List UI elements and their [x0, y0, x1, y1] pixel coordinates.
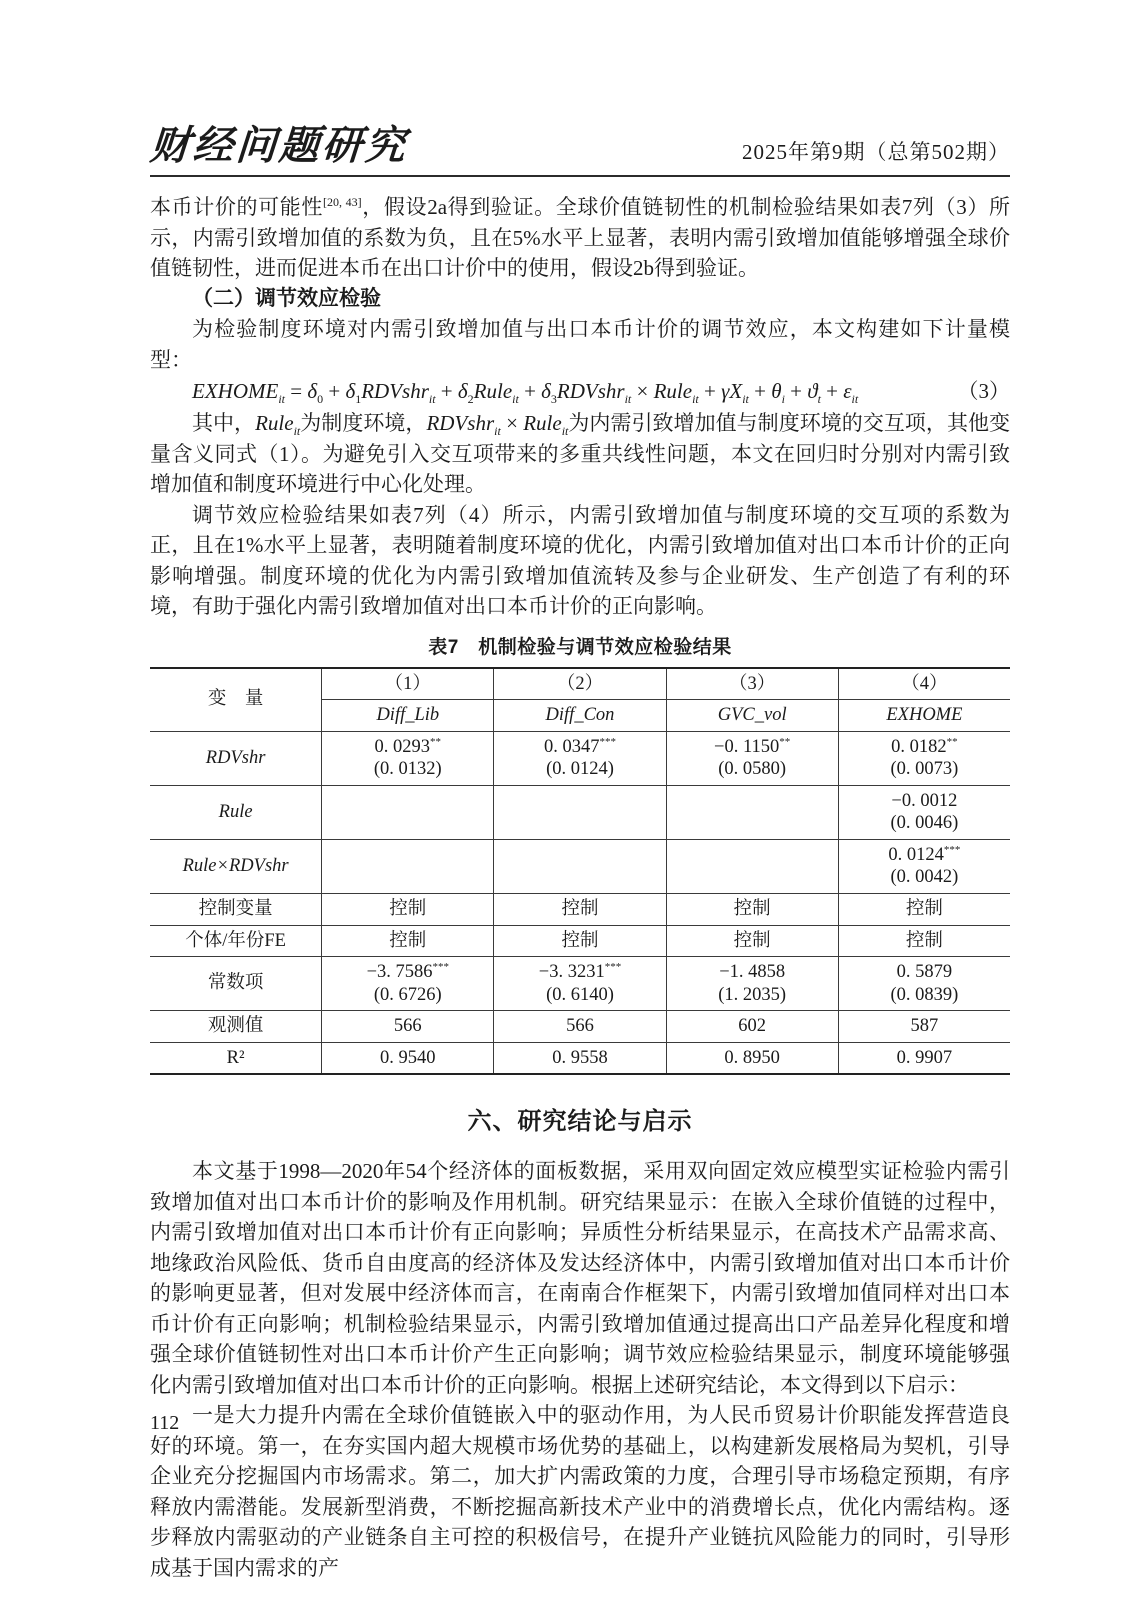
table-cell: 控制 [494, 894, 666, 926]
text-segment: it [278, 392, 285, 406]
significance-stars: ** [779, 735, 790, 747]
table-cell: 0. 0182**(0. 0073) [838, 731, 1010, 785]
paragraph-continuation: 本币计价的可能性[20, 43]，假设2a得到验证。全球价值链韧性的机制检验结果… [150, 192, 1010, 284]
row-label: 观测值 [150, 1011, 322, 1043]
text-segment: + [699, 379, 721, 403]
column-header: （4） [838, 668, 1010, 700]
equation: EXHOMEit = δ0 + δ1RDVshrit + δ2Ruleit + … [150, 375, 1010, 408]
table-cell: 0. 9540 [322, 1042, 494, 1074]
table-cell: 566 [494, 1011, 666, 1043]
significance-stars: ** [430, 735, 441, 747]
table-cell [666, 839, 838, 893]
table-cell: 0. 0347***(0. 0124) [494, 731, 666, 785]
table-cell: −3. 7586***(0. 6726) [322, 957, 494, 1011]
table-cell: 0. 0293**(0. 0132) [322, 731, 494, 785]
table-cell [494, 839, 666, 893]
column-header: 变 量 [150, 668, 322, 732]
page-header: 财经问题研究 2025年第9期（总第502期） [150, 126, 1010, 177]
table-row: 控制变量控制控制控制控制 [150, 894, 1010, 926]
text-segment: δ [541, 379, 551, 403]
table-cell: 587 [838, 1011, 1010, 1043]
text-segment: RDVshr [557, 379, 625, 403]
text-segment: it [742, 392, 749, 406]
text-segment: EXHOME [192, 379, 278, 403]
table-row: Rule−0. 0012(0. 0046) [150, 785, 1010, 839]
table-cell: 0. 8950 [666, 1042, 838, 1074]
table-cell: 控制 [322, 925, 494, 957]
issue-info: 2025年第9期（总第502期） [742, 136, 1010, 166]
text-segment: it [494, 424, 501, 438]
text-segment: Rule [523, 411, 561, 435]
text-segment: [20, 43] [323, 195, 362, 209]
row-label: 个体/年份FE [150, 925, 322, 957]
column-header: （2） [494, 668, 666, 700]
text-segment: + [821, 379, 843, 403]
table-cell: 0. 0124***(0. 0042) [838, 839, 1010, 893]
table-caption: 表7 机制检验与调节效应检验结果 [150, 632, 1010, 659]
text-segment: + [323, 379, 345, 403]
text-segment: + [436, 379, 458, 403]
row-label: Rule [150, 785, 322, 839]
significance-stars: *** [599, 735, 616, 747]
subsection-heading: （二）调节效应检验 [150, 284, 1010, 315]
text-segment: X [729, 379, 742, 403]
text-segment: ϑ [807, 379, 817, 403]
table-cell: 控制 [838, 925, 1010, 957]
table-cell: −0. 1150**(0. 0580) [666, 731, 838, 785]
text-segment: RDVshr [426, 411, 494, 435]
text-segment: = [285, 379, 307, 403]
table-cell [322, 839, 494, 893]
text-segment: δ [307, 379, 317, 403]
table-cell: −3. 3231***(0. 6140) [494, 957, 666, 1011]
row-label: RDVshr [150, 731, 322, 785]
table-cell: 0. 9558 [494, 1042, 666, 1074]
paragraph-conclusion-2: 一是大力提升内需在全球价值链嵌入中的驱动作用，为人民币贸易计价职能发挥营造良好的… [150, 1400, 1010, 1583]
results-table: 变 量（1）（2）（3）（4）Diff_LibDiff_ConGVC_volEX… [150, 667, 1010, 1076]
text-segment: 为制度环境， [300, 411, 426, 435]
table-row: 个体/年份FE控制控制控制控制 [150, 925, 1010, 957]
text-segment: + [785, 379, 807, 403]
table-cell: 566 [322, 1011, 494, 1043]
page: 财经问题研究 2025年第9期（总第502期） 本币计价的可能性[20, 43]… [150, 126, 1010, 1583]
table-cell: 0. 9907 [838, 1042, 1010, 1074]
body-text: 本币计价的可能性[20, 43]，假设2a得到验证。全球价值链韧性的机制检验结果… [150, 192, 1010, 622]
text-segment: 本币计价的可能性 [150, 195, 323, 219]
table-cell: 控制 [494, 925, 666, 957]
significance-stars: ** [947, 735, 958, 747]
text-segment: RDVshr [361, 379, 429, 403]
text-segment: θ [771, 379, 781, 403]
row-label: Rule×RDVshr [150, 839, 322, 893]
section-heading: 六、研究结论与启示 [150, 1101, 1010, 1136]
text-segment: δ [458, 379, 468, 403]
text-segment: × [631, 379, 653, 403]
text-segment: Rule [654, 379, 692, 403]
paragraph-variables: 其中，Ruleit为制度环境，RDVshrit × Ruleit为内需引致增加值… [150, 408, 1010, 500]
text-segment: × [501, 411, 523, 435]
text-segment: it [512, 392, 519, 406]
column-header: Diff_Con [494, 700, 666, 732]
text-segment: δ [345, 379, 355, 403]
table-cell: 控制 [838, 894, 1010, 926]
table-row: 观测值566566602587 [150, 1011, 1010, 1043]
table-row: Rule×RDVshr0. 0124***(0. 0042) [150, 839, 1010, 893]
column-header: （3） [666, 668, 838, 700]
text-segment: it [852, 392, 859, 406]
table-cell: 控制 [666, 894, 838, 926]
column-header: EXHOME [838, 700, 1010, 732]
paragraph-model-intro: 为检验制度环境对内需引致增加值与出口本币计价的调节效应，本文构建如下计量模型： [150, 314, 1010, 375]
text-segment: + [749, 379, 771, 403]
table-cell [322, 785, 494, 839]
paragraph-conclusion-1: 本文基于1998—2020年54个经济体的面板数据，采用双向固定效应模型实证检验… [150, 1156, 1010, 1400]
text-segment: 其中， [192, 411, 255, 435]
table-head: 变 量（1）（2）（3）（4）Diff_LibDiff_ConGVC_volEX… [150, 668, 1010, 732]
equation-body: EXHOMEit = δ0 + δ1RDVshrit + δ2Ruleit + … [192, 375, 858, 408]
table-cell [666, 785, 838, 839]
table-body: RDVshr0. 0293**(0. 0132)0. 0347***(0. 01… [150, 731, 1010, 1074]
significance-stars: *** [433, 961, 450, 973]
table-row: 常数项−3. 7586***(0. 6726)−3. 3231***(0. 61… [150, 957, 1010, 1011]
table-cell: 602 [666, 1011, 838, 1043]
table-row: RDVshr0. 0293**(0. 0132)0. 0347***(0. 01… [150, 731, 1010, 785]
table-cell: 控制 [322, 894, 494, 926]
column-header: GVC_vol [666, 700, 838, 732]
table-cell: 控制 [666, 925, 838, 957]
conclusion-text: 本文基于1998—2020年54个经济体的面板数据，采用双向固定效应模型实证检验… [150, 1156, 1010, 1583]
text-segment: it [692, 392, 699, 406]
text-segment: Rule [474, 379, 512, 403]
table-cell: −0. 0012(0. 0046) [838, 785, 1010, 839]
journal-logo: 财经问题研究 [149, 126, 410, 166]
text-segment: Rule [255, 411, 293, 435]
table-cell [494, 785, 666, 839]
text-segment: it [429, 392, 436, 406]
table-cell: −1. 4858(1. 2035) [666, 957, 838, 1011]
row-label: R² [150, 1042, 322, 1074]
equation-number: （3） [958, 375, 1011, 408]
column-header: （1） [322, 668, 494, 700]
significance-stars: *** [605, 961, 622, 973]
table-cell: 0. 5879(0. 0839) [838, 957, 1010, 1011]
page-number: 112 [150, 1412, 179, 1435]
text-segment: ε [843, 379, 851, 403]
table-row: R²0. 95400. 95580. 89500. 9907 [150, 1042, 1010, 1074]
significance-stars: *** [944, 844, 961, 856]
row-label: 控制变量 [150, 894, 322, 926]
text-segment: + [519, 379, 541, 403]
row-label: 常数项 [150, 957, 322, 1011]
paragraph-moderation-result: 调节效应检验结果如表7列（4）所示，内需引致增加值与制度环境的交互项的系数为正，… [150, 500, 1010, 622]
table-header-row: 变 量（1）（2）（3）（4） [150, 668, 1010, 700]
column-header: Diff_Lib [322, 700, 494, 732]
